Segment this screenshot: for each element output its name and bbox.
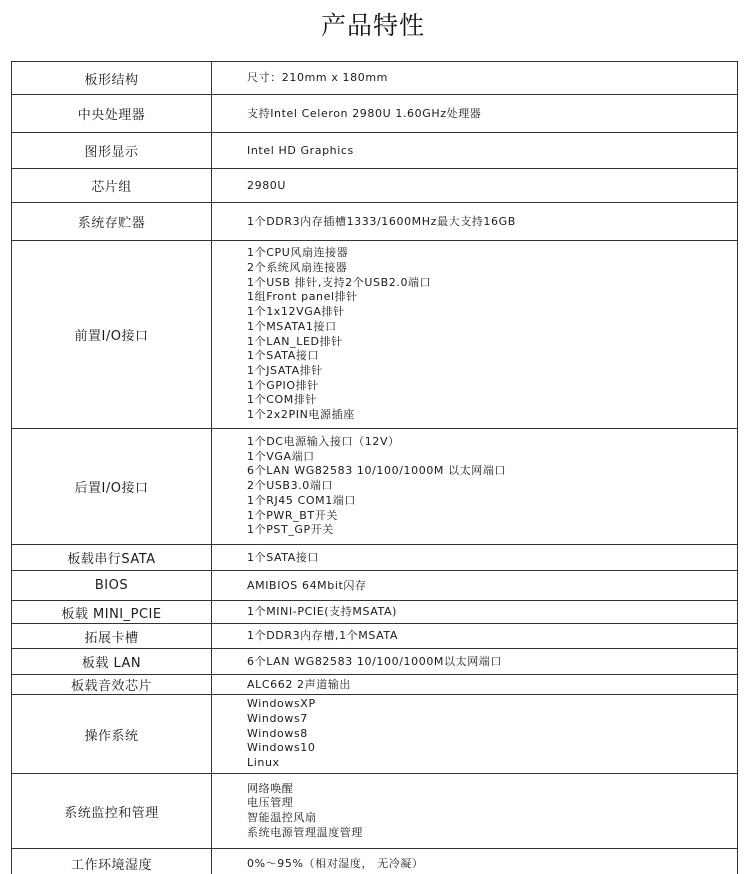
spec-value-line: 1个JSATA排针	[247, 364, 737, 379]
spec-value-line: 1个MSATA1接口	[247, 320, 737, 335]
spec-row: 中央处理器支持Intel Celeron 2980U 1.60GHz处理器	[12, 95, 738, 133]
spec-value-line: 6个LAN WG82583 10/100/1000M 以太网端口	[247, 464, 737, 479]
spec-value-line: 电压管理	[247, 796, 737, 811]
spec-value: 6个LAN WG82583 10/100/1000M以太网端口	[212, 649, 738, 675]
spec-label: 系统存贮器	[12, 203, 212, 241]
spec-label: 板载 MINI_PCIE	[12, 601, 212, 624]
spec-value-line: 1组Front panel排针	[247, 290, 737, 305]
spec-value: 1个CPU风扇连接器2个系统风扇连接器1个USB 排针,支持2个USB2.0端口…	[212, 241, 738, 429]
spec-label: 图形显示	[12, 133, 212, 169]
spec-value: 1个SATA接口	[212, 545, 738, 571]
spec-value-line: 1个DDR3内存插槽1333/1600MHz最大支持16GB	[247, 214, 737, 230]
spec-row: 板载音效芯片ALC662 2声道输出	[12, 675, 738, 695]
spec-label: 板载 LAN	[12, 649, 212, 675]
spec-value: 支持Intel Celeron 2980U 1.60GHz处理器	[212, 95, 738, 133]
spec-label: 操作系统	[12, 695, 212, 774]
spec-value-line: 网络唤醒	[247, 782, 737, 797]
spec-value-line: Linux	[247, 756, 737, 771]
spec-value: Intel HD Graphics	[212, 133, 738, 169]
spec-value-line: 2980U	[247, 178, 737, 194]
spec-row: 板载 LAN6个LAN WG82583 10/100/1000M以太网端口	[12, 649, 738, 675]
spec-value-line: 1个SATA接口	[247, 550, 737, 566]
spec-label: BIOS	[12, 571, 212, 601]
spec-label: 板载音效芯片	[12, 675, 212, 695]
spec-label: 系统监控和管理	[12, 774, 212, 849]
spec-value-line: 1个SATA接口	[247, 349, 737, 364]
spec-value-line: 1个COM排针	[247, 393, 737, 408]
spec-value-line: 尺寸：210mm x 180mm	[247, 70, 737, 86]
spec-value-line: 6个LAN WG82583 10/100/1000M以太网端口	[247, 654, 737, 670]
spec-value-line: Windows7	[247, 712, 737, 727]
spec-label: 板载串行SATA	[12, 545, 212, 571]
spec-label: 板形结构	[12, 62, 212, 95]
spec-value: 1个DDR3内存插槽1333/1600MHz最大支持16GB	[212, 203, 738, 241]
spec-row: 图形显示Intel HD Graphics	[12, 133, 738, 169]
spec-value: 1个DDR3内存槽,1个MSATA	[212, 624, 738, 649]
spec-value-line: 1个DDR3内存槽,1个MSATA	[247, 628, 737, 644]
spec-value-line: 系统电源管理温度管理	[247, 826, 737, 841]
spec-value-line: 1个VGA端口	[247, 450, 737, 465]
spec-value-line: 1个DC电源输入接口（12V）	[247, 435, 737, 450]
spec-value-line: 1个MINI-PCIE(支持MSATA)	[247, 604, 737, 620]
spec-row: BIOSAMIBIOS 64Mbit闪存	[12, 571, 738, 601]
spec-row: 拓展卡槽1个DDR3内存槽,1个MSATA	[12, 624, 738, 649]
spec-row: 板载串行SATA1个SATA接口	[12, 545, 738, 571]
spec-value-line: 1个USB 排针,支持2个USB2.0端口	[247, 276, 737, 291]
spec-value: 尺寸：210mm x 180mm	[212, 62, 738, 95]
spec-value-line: ALC662 2声道输出	[247, 677, 737, 693]
spec-value: 1个DC电源输入接口（12V）1个VGA端口6个LAN WG82583 10/1…	[212, 429, 738, 545]
spec-label: 前置I/O接口	[12, 241, 212, 429]
spec-value-line: Intel HD Graphics	[247, 143, 737, 159]
spec-value-line: 智能温控风扇	[247, 811, 737, 826]
spec-value: 网络唤醒电压管理智能温控风扇系统电源管理温度管理	[212, 774, 738, 849]
spec-value: 2980U	[212, 169, 738, 203]
spec-value-line: Windows8	[247, 727, 737, 742]
spec-value-line: 1个RJ45 COM1端口	[247, 494, 737, 509]
spec-row: 板载 MINI_PCIE1个MINI-PCIE(支持MSATA)	[12, 601, 738, 624]
spec-label: 后置I/O接口	[12, 429, 212, 545]
spec-value: WindowsXPWindows7Windows8Windows10Linux	[212, 695, 738, 774]
spec-value-line: 1个LAN_LED排针	[247, 335, 737, 350]
spec-value: AMIBIOS 64Mbit闪存	[212, 571, 738, 601]
spec-value-line: 2个系统风扇连接器	[247, 261, 737, 276]
spec-value-line: 0%～95%（相对湿度， 无冷凝）	[247, 856, 737, 872]
spec-value: ALC662 2声道输出	[212, 675, 738, 695]
spec-label: 芯片组	[12, 169, 212, 203]
spec-row: 板形结构尺寸：210mm x 180mm	[12, 62, 738, 95]
spec-row: 后置I/O接口1个DC电源输入接口（12V）1个VGA端口6个LAN WG825…	[12, 429, 738, 545]
spec-value-line: 1个CPU风扇连接器	[247, 246, 737, 261]
spec-row: 前置I/O接口1个CPU风扇连接器2个系统风扇连接器1个USB 排针,支持2个U…	[12, 241, 738, 429]
spec-row: 操作系统WindowsXPWindows7Windows8Windows10Li…	[12, 695, 738, 774]
spec-row: 系统监控和管理网络唤醒电压管理智能温控风扇系统电源管理温度管理	[12, 774, 738, 849]
spec-table-body: 板形结构尺寸：210mm x 180mm中央处理器支持Intel Celeron…	[12, 62, 738, 874]
spec-value-line: Windows10	[247, 741, 737, 756]
spec-value: 0%～95%（相对湿度， 无冷凝）	[212, 849, 738, 874]
spec-label: 中央处理器	[12, 95, 212, 133]
spec-value-line: 1个2x2PIN电源插座	[247, 408, 737, 423]
spec-label: 工作环境湿度	[12, 849, 212, 874]
spec-value-line: 2个USB3.0端口	[247, 479, 737, 494]
spec-value-line: 1个GPIO排针	[247, 379, 737, 394]
product-specs-table: 板形结构尺寸：210mm x 180mm中央处理器支持Intel Celeron…	[11, 61, 738, 874]
spec-value-line: 1个PWR_BT开关	[247, 509, 737, 524]
spec-row: 系统存贮器1个DDR3内存插槽1333/1600MHz最大支持16GB	[12, 203, 738, 241]
spec-label: 拓展卡槽	[12, 624, 212, 649]
spec-row: 工作环境湿度0%～95%（相对湿度， 无冷凝）	[12, 849, 738, 874]
spec-value: 1个MINI-PCIE(支持MSATA)	[212, 601, 738, 624]
spec-value-line: 1个PST_GP开关	[247, 523, 737, 538]
page-title: 产品特性	[0, 8, 746, 44]
spec-value-line: WindowsXP	[247, 697, 737, 712]
spec-value-line: 1个1x12VGA排针	[247, 305, 737, 320]
spec-value-line: 支持Intel Celeron 2980U 1.60GHz处理器	[247, 106, 737, 122]
spec-row: 芯片组2980U	[12, 169, 738, 203]
spec-value-line: AMIBIOS 64Mbit闪存	[247, 578, 737, 594]
